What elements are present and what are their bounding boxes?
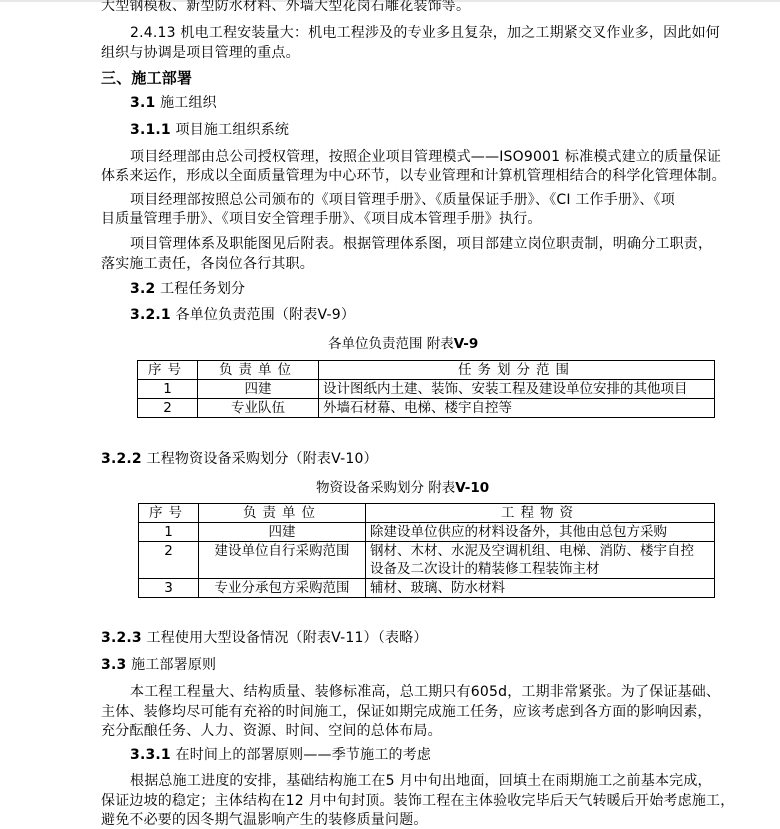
paragraph-season-line-3: 避免不必要的因冬期气温影响产生的装修质量问题。: [101, 810, 428, 829]
table-cell: 设计图纸内土建、装饰、安装工程及建设单位安排的其他项目: [319, 380, 715, 399]
table-cell: 外墙石材幕、电梯、楼宇自控等: [319, 399, 715, 418]
section-heading-3-3-1: 3.3.1 在时间上的部署原则——季节施工的考虑: [130, 745, 431, 765]
section-number: 3.2: [130, 281, 155, 297]
responsibility-table: 序号 负责单位 任务划分范围 1 四建 设计图纸内土建、装饰、安装工程及建设单位…: [137, 360, 715, 418]
caption-code: V-10: [455, 480, 489, 496]
table-row: 3 专业分承包方采购范围 辅材、玻璃、防水材料: [139, 579, 715, 598]
paragraph-system-line-1: 项目管理体系及职能图见后附表。根据管理体系图，项目部建立岗位职责制，明确分工职责…: [130, 234, 712, 254]
section-title: 工程物资设备采购划分（附表V-10）: [147, 451, 378, 467]
section-title: 工程使用大型设备情况（附表V-11）（表略）: [147, 630, 428, 646]
table-row: 2 建设单位自行采购范围 钢材、木材、水泥及空调机组、电梯、消防、楼宇自控设备及…: [139, 542, 715, 579]
table2-caption: 物资设备采购划分 附表V-10: [316, 476, 489, 496]
table-cell: 专业分承包方采购范围: [199, 579, 366, 598]
table-cell: 四建: [198, 380, 319, 399]
section-heading-3-3: 3.3 施工部署原则: [101, 655, 216, 675]
table-header-row: 序号 负责单位 工程物资: [139, 504, 715, 523]
table-cell: 1: [138, 380, 198, 399]
table-cell: 2: [139, 542, 199, 579]
table-cell-multiline: 钢材、木材、水泥及空调机组、电梯、消防、楼宇自控设备及二次设计的精装修工程装饰主…: [366, 542, 715, 579]
section-heading-3-1-1: 3.1.1 项目施工组织系统: [130, 120, 289, 140]
chapter-heading: 三、施工部署: [101, 68, 192, 88]
section-number: 3.3.1: [130, 747, 171, 763]
paragraph-season-line-1: 根据总施工进度的安排，基础结构施工在5 月中旬出地面，回填土在雨期施工之前基本完…: [130, 771, 712, 791]
table-cell: 四建: [199, 523, 366, 542]
paragraph-season-line-2: 保证边坡的稳定；主体结构在12 月中旬封顶。装饰工程在主体验收完毕后天气转暖后开…: [101, 791, 734, 811]
section-number: 3.1.1: [130, 122, 171, 138]
section-number: 3.2.1: [130, 307, 171, 323]
table-cell: 3: [139, 579, 199, 598]
table1-caption: 各单位负责范围 附表V-9: [328, 332, 478, 352]
table-cell: 专业队伍: [198, 399, 319, 418]
header-cell: 任务划分范围: [319, 361, 715, 380]
header-cell: 工程物资: [366, 504, 715, 523]
paragraph-principle-line-3: 充分酝酿任务、人力、资源、时间、空间的总体布局。: [101, 721, 442, 741]
table-cell: 辅材、玻璃、防水材料: [366, 579, 715, 598]
paragraph-system-line-2: 落实施工责任，各岗位各行其职。: [101, 254, 314, 274]
section-heading-3-2-3: 3.2.3 工程使用大型设备情况（附表V-11）（表略）: [101, 628, 428, 648]
paragraph-2-4-13-line-1: 2.4.13 机电工程安装量大：机电工程涉及的专业多且复杂，加之工期紧交叉作业多…: [130, 23, 720, 43]
paragraph-principle-line-2: 主体、装修均尽可能有充裕的时间施工，保证如期完成施工任务，应该考虑到各方面的影响…: [101, 702, 712, 722]
header-cell: 负责单位: [199, 504, 366, 523]
caption-text: 物资设备采购划分 附表: [316, 480, 455, 496]
table-header-row: 序号 负责单位 任务划分范围: [138, 361, 715, 380]
section-heading-3-1: 3.1 施工组织: [130, 93, 217, 113]
caption-text: 各单位负责范围 附表: [328, 336, 454, 352]
paragraph-manuals-line-1: 项目经理部按照总公司颁布的《项目管理手册》、《质量保证手册》、《CI 工作手册》…: [130, 190, 675, 210]
section-number: 3.3: [101, 657, 126, 673]
section-heading-3-2-1: 3.2.1 各单位负责范围（附表V-9）: [130, 305, 355, 325]
section-title: 项目施工组织系统: [176, 122, 290, 138]
section-title: 在时间上的部署原则——季节施工的考虑: [176, 747, 432, 763]
section-heading-3-2-2: 3.2.2 工程物资设备采购划分（附表V-10）: [101, 449, 378, 469]
procurement-table: 序号 负责单位 工程物资 1 四建 除建设单位供应的材料设备外，其他由总包方采购…: [138, 503, 715, 598]
cell-line: 钢材、木材、水泥及空调机组、电梯、消防、楼宇自控: [370, 542, 710, 560]
paragraph-2-4-13-line-2: 组织与协调是项目管理的重点。: [101, 43, 300, 63]
section-title: 施工部署原则: [131, 657, 216, 673]
section-title: 施工组织: [160, 95, 217, 111]
table-row: 1 四建 除建设单位供应的材料设备外，其他由总包方采购: [139, 523, 715, 542]
table-cell: 2: [138, 399, 198, 418]
table-row: 1 四建 设计图纸内土建、装饰、安装工程及建设单位安排的其他项目: [138, 380, 715, 399]
section-number: 3.1: [130, 95, 155, 111]
paragraph-org-line-1: 项目经理部由总公司授权管理，按照企业项目管理模式——ISO9001 标准模式建立…: [130, 147, 721, 167]
section-heading-3-2: 3.2 工程任务划分: [130, 279, 245, 299]
section-number: 3.2.2: [101, 451, 142, 467]
table-cell: 除建设单位供应的材料设备外，其他由总包方采购: [366, 523, 715, 542]
header-cell: 序号: [138, 361, 198, 380]
paragraph-manuals-line-2: 目质量管理手册》、《项目安全管理手册》、《项目成本管理手册》执行。: [101, 209, 542, 229]
caption-code: V-9: [454, 336, 478, 352]
table-cell: 建设单位自行采购范围: [199, 542, 366, 579]
table-row: 2 专业队伍 外墙石材幕、电梯、楼宇自控等: [138, 399, 715, 418]
section-title: 各单位负责范围（附表V-9）: [176, 307, 356, 323]
section-number: 3.2.3: [101, 630, 142, 646]
header-cell: 序号: [139, 504, 199, 523]
paragraph-line: 大型钢模板、新型防水材料、外墙大型花岗石雕花装饰等。: [101, 0, 470, 16]
header-cell: 负责单位: [198, 361, 319, 380]
paragraph-org-line-2: 体系来运作，形成以全面质量管理为中心环节，以专业管理和计算机管理相结合的科学化管…: [101, 166, 726, 186]
paragraph-principle-line-1: 本工程工程量大、结构质量、装修标准高，总工期只有605d，工期非常紧张。为了保证…: [130, 682, 720, 702]
table-cell: 1: [139, 523, 199, 542]
cell-line: 设备及二次设计的精装修工程装饰主材: [370, 560, 710, 578]
section-title: 工程任务划分: [160, 281, 245, 297]
